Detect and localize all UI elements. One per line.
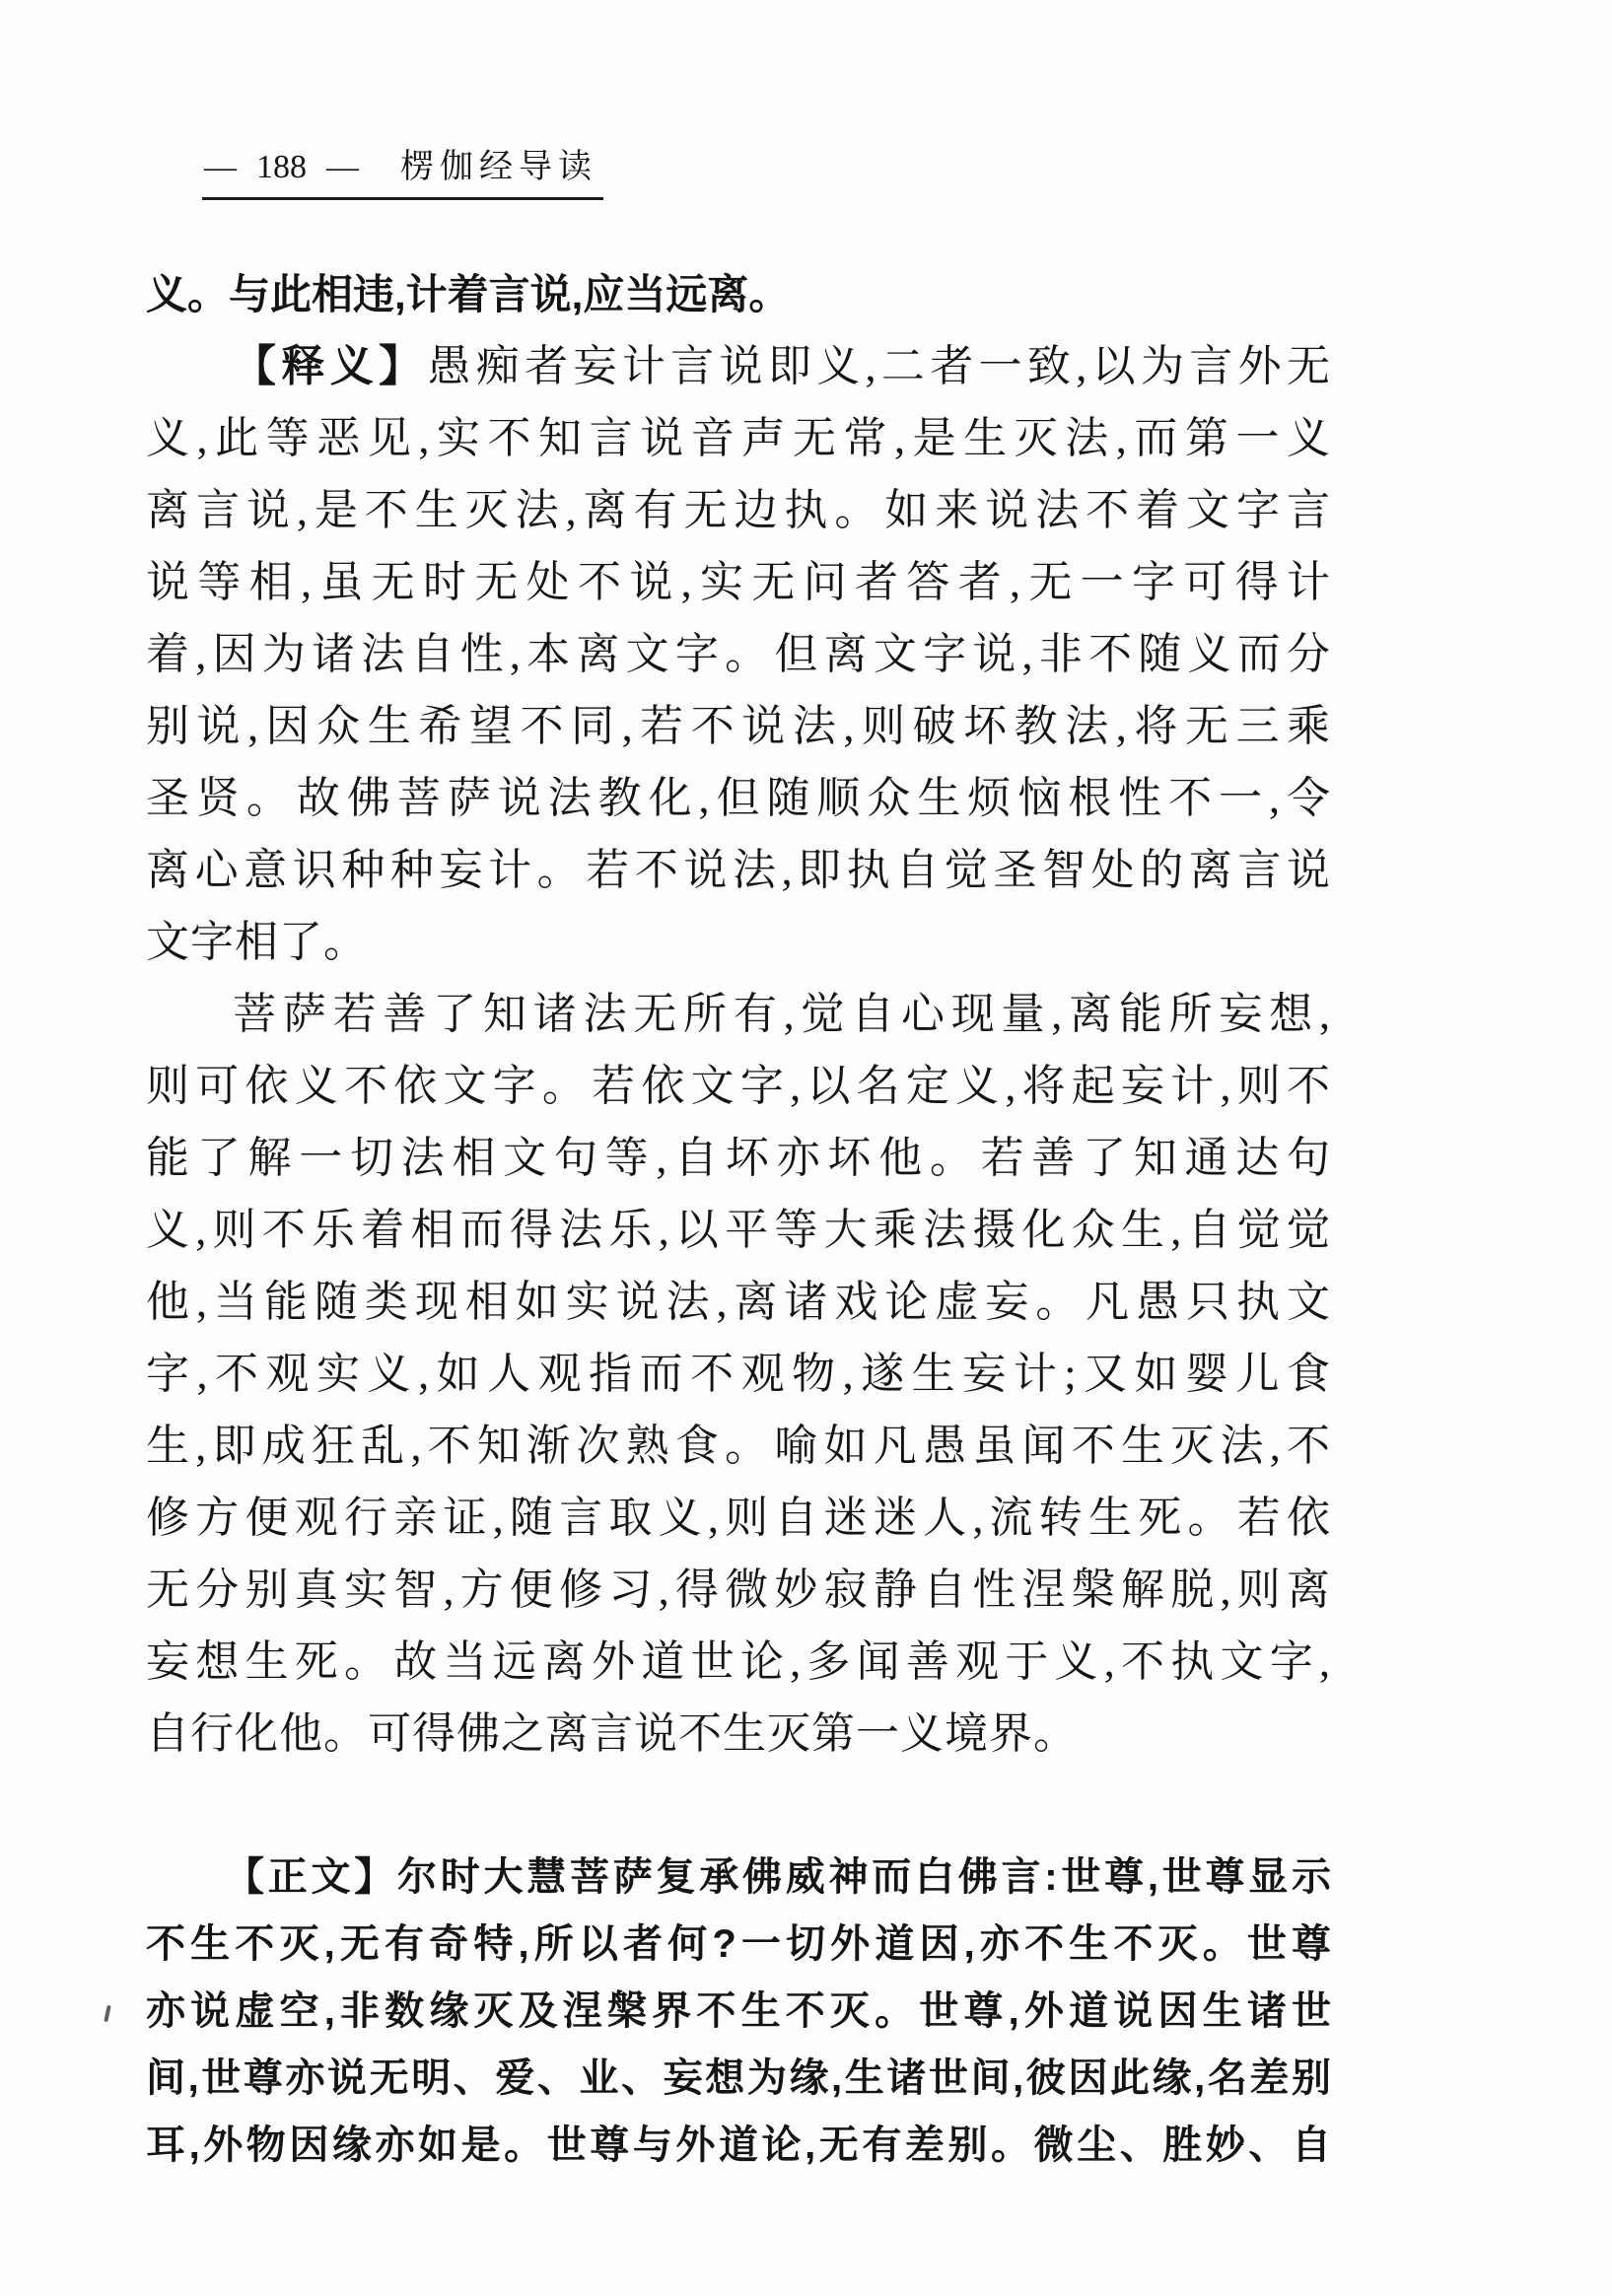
- text-line: 耳,外物因缘亦如是。世尊与外道论,无有差别。微尘、胜妙、自: [146, 2112, 1331, 2179]
- text-line: 圣贤。故佛菩萨说法教化,但随顺众生烦恼根性不一,令: [146, 762, 1331, 834]
- book-page: —188—楞伽经导读 义。与此相违,计着言说,应当远离。【释义】愚痴者妄计言说即…: [0, 0, 1612, 2296]
- text-line: 修方便观行亲证,随言取义,则自迷迷人,流转生死。若依: [146, 1482, 1331, 1554]
- text-line: 间,世尊亦说无明、爱、业、妄想为缘,生诸世间,彼因此缘,名差别: [146, 2045, 1331, 2112]
- text-line: 亦说虚空,非数缘灭及涅槃界不生不灭。世尊,外道说因生诸世: [146, 1978, 1331, 2045]
- page-number: 188: [256, 149, 307, 185]
- book-title: 楞伽经导读: [400, 149, 597, 185]
- page-body: 义。与此相违,计着言说,应当远离。【释义】愚痴者妄计言说即义,二者一致,以为言外…: [146, 258, 1331, 2179]
- text-line: 着,因为诸法自性,本离文字。但离文字说,非不随义而分: [146, 618, 1331, 690]
- text-line: 离言说,是不生灭法,离有无边执。如来说法不着文字言: [146, 474, 1331, 546]
- text-line: 文字相了。: [146, 906, 1331, 978]
- text-line: 则可依义不依文字。若依文字,以名定义,将起妄计,则不: [146, 1050, 1331, 1122]
- text-line: 自行化他。可得佛之离言说不生灭第一义境界。: [146, 1698, 1331, 1770]
- text-line: 义,此等恶见,实不知言说音声无常,是生灭法,而第一义: [146, 402, 1331, 474]
- text-line: 离心意识种种妄计。若不说法,即执自觉圣智处的离言说: [146, 834, 1331, 906]
- text-line: 能了解一切法相文句等,自坏亦坏他。若善了知通达句: [146, 1122, 1331, 1194]
- text-line: 【释义】愚痴者妄计言说即义,二者一致,以为言外无: [146, 330, 1331, 402]
- text-line: 他,当能随类现相如实说法,离诸戏论虚妄。凡愚只执文: [146, 1266, 1331, 1338]
- text-line: 字,不观实义,如人观指而不观物,遂生妄计;又如婴儿食: [146, 1338, 1331, 1410]
- section-marker: 【正文】: [225, 1855, 397, 1899]
- header-dash-left: —: [204, 150, 237, 185]
- scan-artifact: [104, 2005, 110, 2022]
- text-line: 菩萨若善了知诸法无所有,觉自心现量,离能所妄想,: [146, 978, 1331, 1050]
- page-header: —188—楞伽经导读: [202, 148, 603, 200]
- text-line: 【正文】尔时大慧菩萨复承佛威神而白佛言:世尊,世尊显示: [146, 1844, 1331, 1911]
- text-line: 不生不灭,无有奇特,所以者何?一切外道因,亦不生不灭。世尊: [146, 1911, 1331, 1978]
- text-line: 无分别真实智,方便修习,得微妙寂静自性涅槃解脱,则离: [146, 1554, 1331, 1626]
- text-line: 妄想生死。故当远离外道世论,多闻善观于义,不执文字,: [146, 1626, 1331, 1698]
- section-marker: 【释义】: [233, 342, 427, 390]
- text-line: 义,则不乐着相而得法乐,以平等大乘法摄化众生,自觉觉: [146, 1194, 1331, 1266]
- text-line: 义。与此相违,计着言说,应当远离。: [146, 258, 1331, 330]
- text-line: 生,即成狂乱,不知渐次熟食。喻如凡愚虽闻不生灭法,不: [146, 1410, 1331, 1482]
- text-line: 别说,因众生希望不同,若不说法,则破坏教法,将无三乘: [146, 690, 1331, 762]
- text-line: 说等相,虽无时无处不说,实无问者答者,无一字可得计: [146, 546, 1331, 618]
- header-dash-right: —: [326, 150, 359, 185]
